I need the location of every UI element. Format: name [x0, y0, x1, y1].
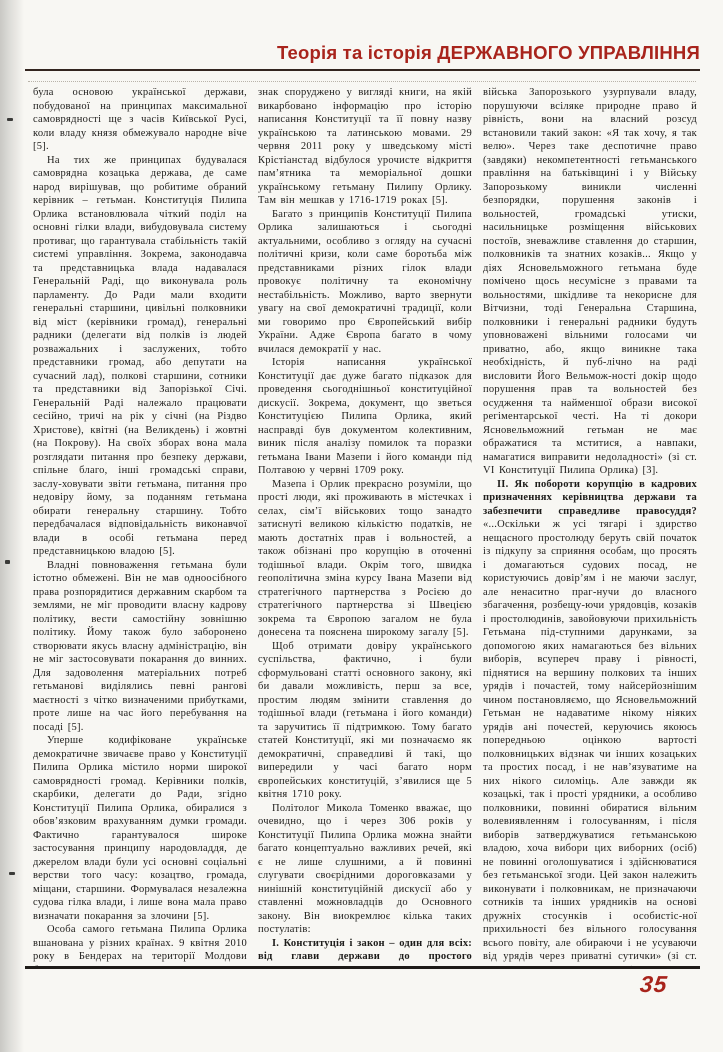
section-title-prefix: Теорія та історія [277, 42, 432, 63]
section-title: Теорія та історія ДЕРЖАВНОГО УПРАВЛІННЯ [277, 42, 700, 63]
section-title-main: ДЕРЖАВНОГО УПРАВЛІННЯ [437, 42, 700, 63]
article-body: була основою української держави, побудо… [33, 86, 697, 966]
scan-gutter [0, 0, 24, 1052]
paragraph: І. Конституція і закон – один для всіх: … [258, 937, 472, 967]
paragraph: Мазепа і Орлик прекрасно розуміли, що пр… [258, 478, 472, 640]
paragraph: Щоб отримати довіру українського суспіль… [258, 640, 472, 802]
paragraph: ІІ. Як побороти корупцію в кадрових приз… [483, 478, 697, 967]
scan-speck [5, 560, 10, 564]
paragraph: Уперше кодифіковане українське демократи… [33, 734, 247, 923]
paragraph: знак споруджено у вигляді книги, на якій… [258, 86, 472, 208]
paragraph: На тих же принципах будувалася самоврядн… [33, 154, 247, 559]
paragraph: Владні повноваження гетьмана були істотн… [33, 559, 247, 735]
header-dotted-rule [28, 81, 696, 82]
text-column-1: була основою української держави, побудо… [33, 86, 247, 966]
paragraph: Багато з принципів Конституції Пилипа Ор… [258, 208, 472, 357]
page-header: Теорія та історія ДЕРЖАВНОГО УПРАВЛІННЯ [0, 40, 700, 66]
text-column-3: війська Запорозького узурпували владу, п… [483, 86, 697, 966]
paragraph-lead: ІІ. Як побороти корупцію в кадрових приз… [483, 479, 697, 517]
paragraph: війська Запорозького узурпували владу, п… [483, 86, 697, 478]
paragraph: Історія написання української Конституці… [258, 356, 472, 478]
paragraph: була основою української держави, побудо… [33, 86, 247, 154]
scan-speck [9, 872, 15, 875]
paragraph: Особа самого гетьмана Пилипа Орлика вшан… [33, 923, 247, 966]
scan-speck [7, 118, 13, 121]
header-rule [25, 69, 700, 71]
paragraph: Політолог Микола Томенко вважає, що очев… [258, 802, 472, 937]
page-number: 35 [639, 971, 669, 998]
footer-rule [25, 966, 700, 969]
paragraph-lead: І. Конституція і закон – один для всіх: … [258, 938, 472, 967]
text-column-2: знак споруджено у вигляді книги, на якій… [258, 86, 472, 966]
